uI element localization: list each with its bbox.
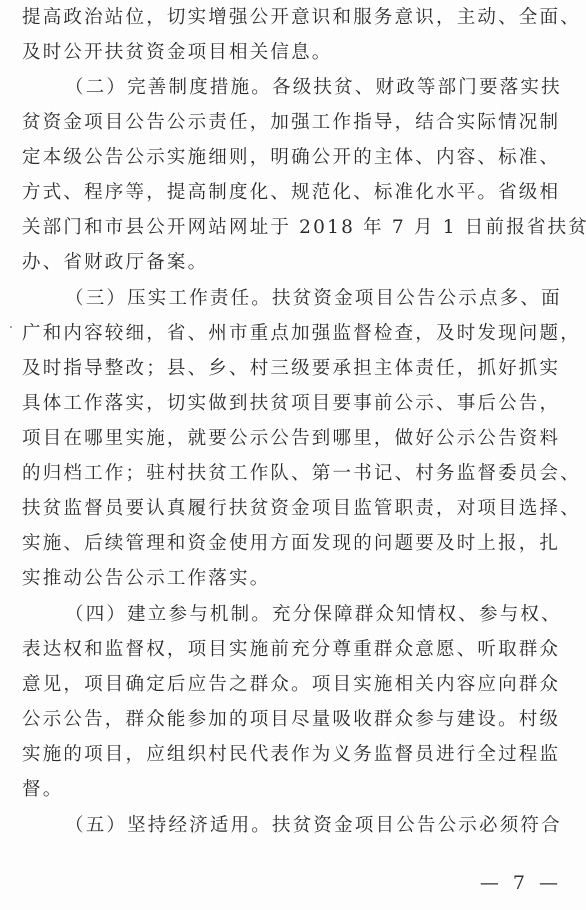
text-line: 实施、后续管理和资金使用方面发现的问题要及时上报，扎 — [22, 532, 542, 556]
section-heading-5: （五）坚持经济适用。扶贫资金项目公告公示必须符合 — [65, 814, 543, 838]
text-line: 关部门和市县公开网站网址于 2018 年 7 月 1 日前报省扶贫 — [22, 216, 542, 240]
text-line: 实推动公告公示工作落实。 — [22, 567, 542, 591]
text-line: 扶贫监督员要认真履行扶贫资金项目监管职责，对项目选择、 — [22, 497, 542, 521]
text-line: 及时公开扶贫资金项目相关信息。 — [22, 41, 542, 65]
page-number: — 7 — — [480, 872, 562, 894]
text-line: 及时指导整改；县、乡、村三级要承担主体责任，抓好抓实 — [22, 357, 542, 381]
section-heading-2: （二）完善制度措施。各级扶贫、财政等部门要落实扶 — [65, 76, 543, 100]
text-line: 定本级公告公示实施细则，明确公开的主体、内容、标准、 — [22, 146, 542, 170]
section-heading-3: （三）压实工作责任。扶贫资金项目公告公示点多、面 — [65, 287, 543, 311]
text-line: 办、省财政厅备案。 — [22, 251, 542, 275]
text-line: 督。 — [22, 778, 542, 802]
text-line: 实施的项目，应组织村民代表作为义务监督员进行全过程监 — [22, 743, 542, 767]
text-line: 贫资金项目公告公示责任，加强工作指导，结合实际情况制 — [22, 111, 542, 135]
document-page: 提高政治站位，切实增强公开意识和服务意识，主动、全面、 及时公开扶贫资金项目相关… — [0, 0, 586, 910]
text-line: 的归档工作；驻村扶贫工作队、第一书记、村务监督委员会、 — [22, 462, 542, 486]
text-line: 广和内容较细，省、州市重点加强监督检查，及时发现问题， — [22, 322, 542, 346]
text-line: 具体工作落实，切实做到扶贫项目要事前公示、事后公告， — [22, 392, 542, 416]
text-line: 项目在哪里实施，就要公示公告到哪里，做好公示公告资料 — [22, 427, 542, 451]
text-line: 方式、程序等，提高制度化、规范化、标准化水平。省级相 — [22, 181, 542, 205]
text-line: 提高政治站位，切实增强公开意识和服务意识，主动、全面、 — [22, 6, 542, 30]
scan-speck — [10, 326, 12, 328]
text-line: 意见，项目确定后应告之群众。项目实施相关内容应向群众 — [22, 673, 542, 697]
text-line: 表达权和监督权，项目实施前充分尊重群众意愿、听取群众 — [22, 638, 542, 662]
section-heading-4: （四）建立参与机制。充分保障群众知情权、参与权、 — [65, 603, 543, 627]
text-line: 公示公告，群众能参加的项目尽量吸收群众参与建设。村级 — [22, 708, 542, 732]
